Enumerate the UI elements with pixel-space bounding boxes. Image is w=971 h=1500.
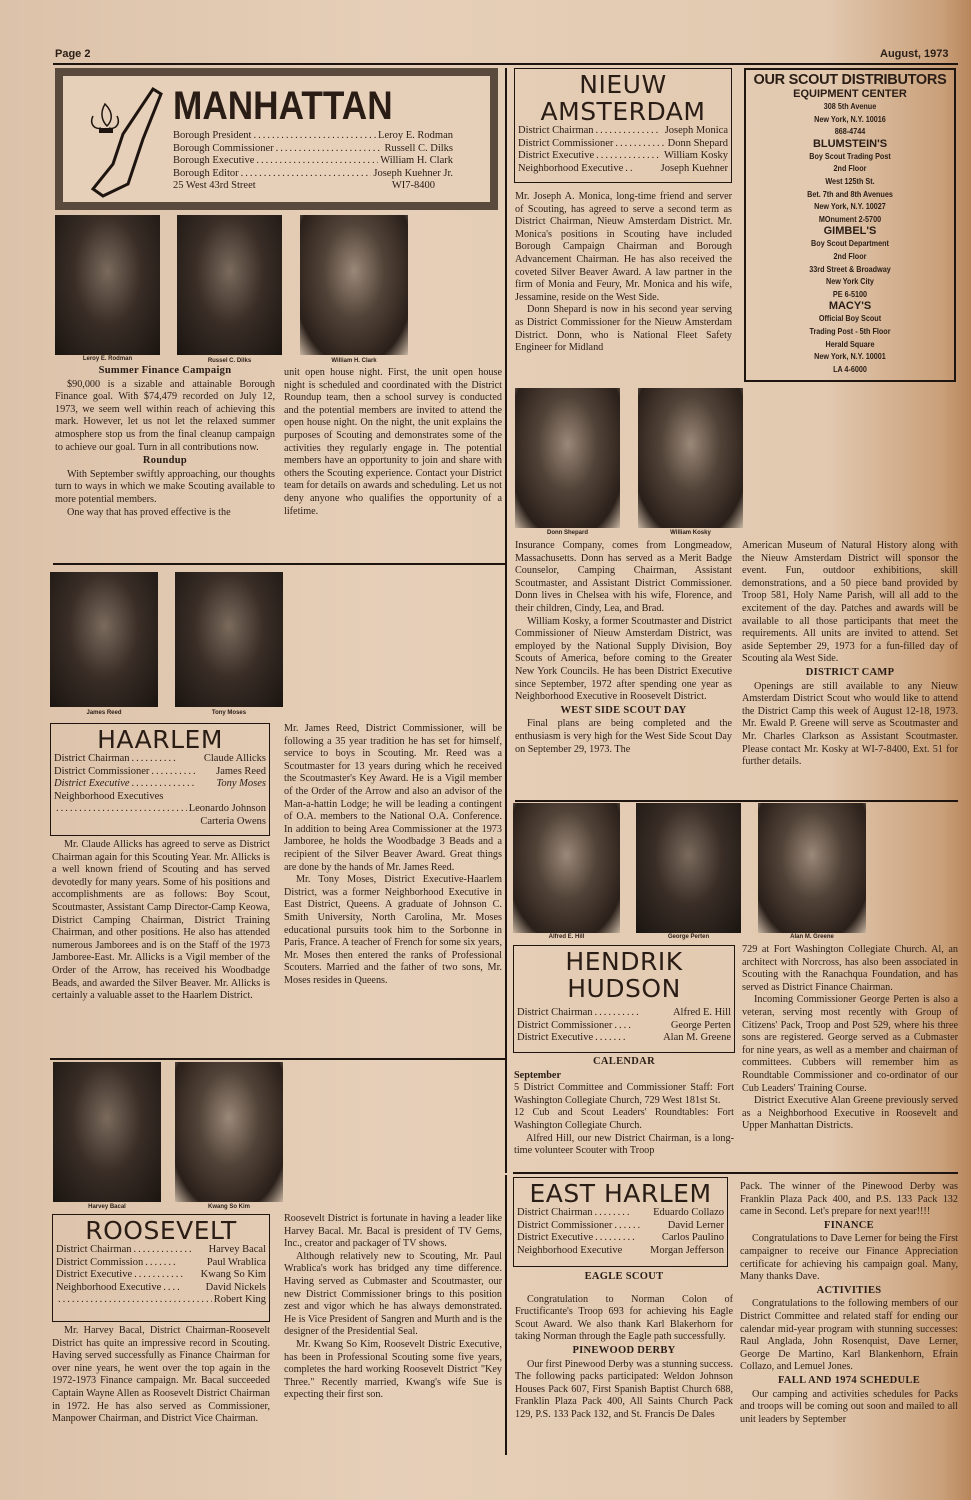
staff-row: District Chairman..........Alfred E. Hil… [517,1007,731,1020]
photo-shepard [515,388,620,528]
section-heading: ACTIVITIES [740,1285,958,1298]
staff-row: ..............................Leonardo J… [54,803,266,816]
photo-caption: Tony Moses [175,710,283,716]
staff-row: District Executive.......Alan M. Greene [517,1032,731,1045]
roosevelt-text-right: Roosevelt District is fortunate in havin… [284,1213,502,1402]
district-title: HUDSON [517,975,731,1002]
issue-date: August, 1973 [880,48,948,60]
manhattan-col1: Summer Finance Campaign $90,000 is a siz… [55,364,275,519]
nieuw-amsterdam-text-right: American Museum of Natural History along… [742,540,958,769]
store-name: EQUIPMENT CENTER [746,88,954,100]
nieuw-amsterdam-text-top: Mr. Joseph A. Monica, long-time friend a… [515,191,732,355]
staff-row: Carteria Owens [54,816,266,829]
section-heading: DISTRICT CAMP [742,667,958,680]
staff-row: ........................................… [56,1294,266,1307]
staff-row: Neighborhood Executive..Joseph Kuehner [518,163,728,176]
manhattan-title: MANHATTAN [173,86,393,126]
calendar-month: September [514,1070,734,1083]
photo-hill [513,803,620,933]
manhattan-staff-list: Borough President.......................… [173,130,453,193]
section-rule [515,800,958,802]
manhattan-col2: unit open house night. First, the unit o… [284,367,502,518]
staff-row: Borough Editor..........................… [173,168,453,181]
district-title: NIEUW [518,71,728,98]
staff-row: District Executive...........Kwang So Ki… [56,1269,266,1282]
store-name: GIMBEL'S [746,225,954,237]
staff-row: District Commissioner......David Lerner [517,1220,724,1233]
section-heading: CALENDAR [514,1056,734,1069]
haarlem-header-box: HAARLEM District Chairman..........Claud… [50,723,270,836]
photo-caption: Alan M. Greene [758,934,866,940]
photo-caption: Donn Shepard [515,530,620,536]
section-rule [53,563,505,565]
district-title: HENDRIK [517,948,731,975]
staff-row: Neighborhood Executives [54,791,266,804]
scout-emblem-map-icon [83,84,173,199]
distributors-title: OUR SCOUT DISTRIBUTORS [746,72,954,88]
manhattan-banner: MANHATTAN Borough President.............… [55,68,498,210]
nieuw-amsterdam-text-bottom: Insurance Company, comes from Longmeadow… [515,540,732,756]
staff-row: Neighborhood ExecutiveMorgan Jefferson [517,1245,724,1258]
photo-moses [175,572,283,707]
page-number: Page 2 [55,48,90,60]
photo-dilks [177,215,282,355]
east-harlem-text-left: EAGLE SCOUT Congratulation to Norman Col… [515,1270,733,1422]
photo-caption: Harvey Bacal [53,1204,161,1210]
photo-perten [636,803,741,933]
nieuw-amsterdam-header-box: NIEUW AMSTERDAM District Chairman.......… [514,68,732,183]
staff-row: District Commission.......Paul Wrablica [56,1257,266,1270]
photo-clark [300,215,408,355]
section-rule [513,1172,958,1174]
staff-row: District Chairman.............Harvey Bac… [56,1244,266,1257]
store-name: BLUMSTEIN'S [746,138,954,150]
photo-caption: Alfred E. Hill [513,934,620,940]
east-harlem-header-box: EAST HARLEM District Chairman........Edu… [513,1177,728,1267]
photo-kim [175,1062,283,1202]
photo-caption: Kwang So Kim [175,1204,283,1210]
section-heading: Roundup [55,455,275,468]
district-title: AMSTERDAM [518,98,728,125]
photo-caption: James Reed [50,710,158,716]
hendrik-hudson-header-box: HENDRIK HUDSON District Chairman........… [513,945,735,1053]
photo-bacal [53,1062,161,1202]
staff-row: District Commissioner..........James Ree… [54,766,266,779]
staff-row: Borough Commissioner....................… [173,143,453,156]
photo-caption: George Perten [636,934,741,940]
section-heading: PINEWOOD DERBY [515,1345,733,1358]
photo-caption: William Kosky [638,530,743,536]
staff-row: District Chairman..........Claude Allick… [54,753,266,766]
district-title: EAST HARLEM [517,1180,724,1207]
haarlem-text-right: Mr. James Reed, District Commissioner, w… [284,723,502,987]
haarlem-text-left: Mr. Claude Allicks has agreed to serve a… [52,839,270,1003]
east-harlem-text-right: Pack. The winner of the Pinewood Derby w… [740,1181,958,1426]
staff-row: District Commissioner..............Donn … [518,138,728,151]
district-title: ROOSEVELT [56,1217,266,1244]
hendrik-hudson-text-right: 729 at Fort Washington Collegiate Church… [742,944,958,1133]
staff-row: District Chairman..............Joseph Mo… [518,125,728,138]
scout-distributors-box: OUR SCOUT DISTRIBUTORS EQUIPMENT CENTER … [744,68,956,382]
hendrik-hudson-text-left: CALENDAR September 5 District Committee … [514,1055,734,1158]
section-heading: EAGLE SCOUT [515,1271,733,1284]
staff-row: Borough Executive.......................… [173,155,453,168]
staff-row: District Executive.........Carlos Paulin… [517,1232,724,1245]
calendar-item: 5 District Committee and Commissioner St… [514,1082,734,1107]
photo-caption: William H. Clark [300,358,408,364]
roosevelt-header-box: ROOSEVELT District Chairman.............… [52,1214,270,1322]
section-heading: WEST SIDE SCOUT DAY [515,705,732,718]
section-heading: FINANCE [740,1220,958,1233]
newspaper-page: Page 2 August, 1973 MANHATTAN Borough Pr… [0,0,971,1500]
staff-row: District Chairman........Eduardo Collazo [517,1207,724,1220]
staff-row: 25 West 43rd StreetWI7-8400 [173,180,453,193]
photo-rodman [55,215,160,355]
store-name: MACY'S [746,300,954,312]
staff-row: Neighborhood Executive....David Nickels [56,1282,266,1295]
section-rule [50,1058,505,1060]
staff-row: District Executive..............Tony Mos… [54,778,266,791]
calendar-item: 12 Cub and Scout Leaders' Roundtables: F… [514,1107,734,1132]
header-rule [53,63,958,65]
photo-caption: Leroy E. Rodman [55,356,160,362]
photo-kosky [638,388,743,528]
photo-reed [50,572,158,707]
column-rule [505,68,507,1173]
district-title: HAARLEM [54,726,266,753]
section-heading: FALL AND 1974 SCHEDULE [740,1375,958,1388]
staff-row: Borough President.......................… [173,130,453,143]
roosevelt-text-left: Mr. Harvey Bacal, District Chairman-Roos… [52,1325,270,1426]
column-rule [505,1175,507,1455]
staff-row: District Commissioner....George Perten [517,1020,731,1033]
section-heading: Summer Finance Campaign [55,365,275,378]
staff-row: District Executive..............William … [518,150,728,163]
photo-greene [758,803,866,933]
